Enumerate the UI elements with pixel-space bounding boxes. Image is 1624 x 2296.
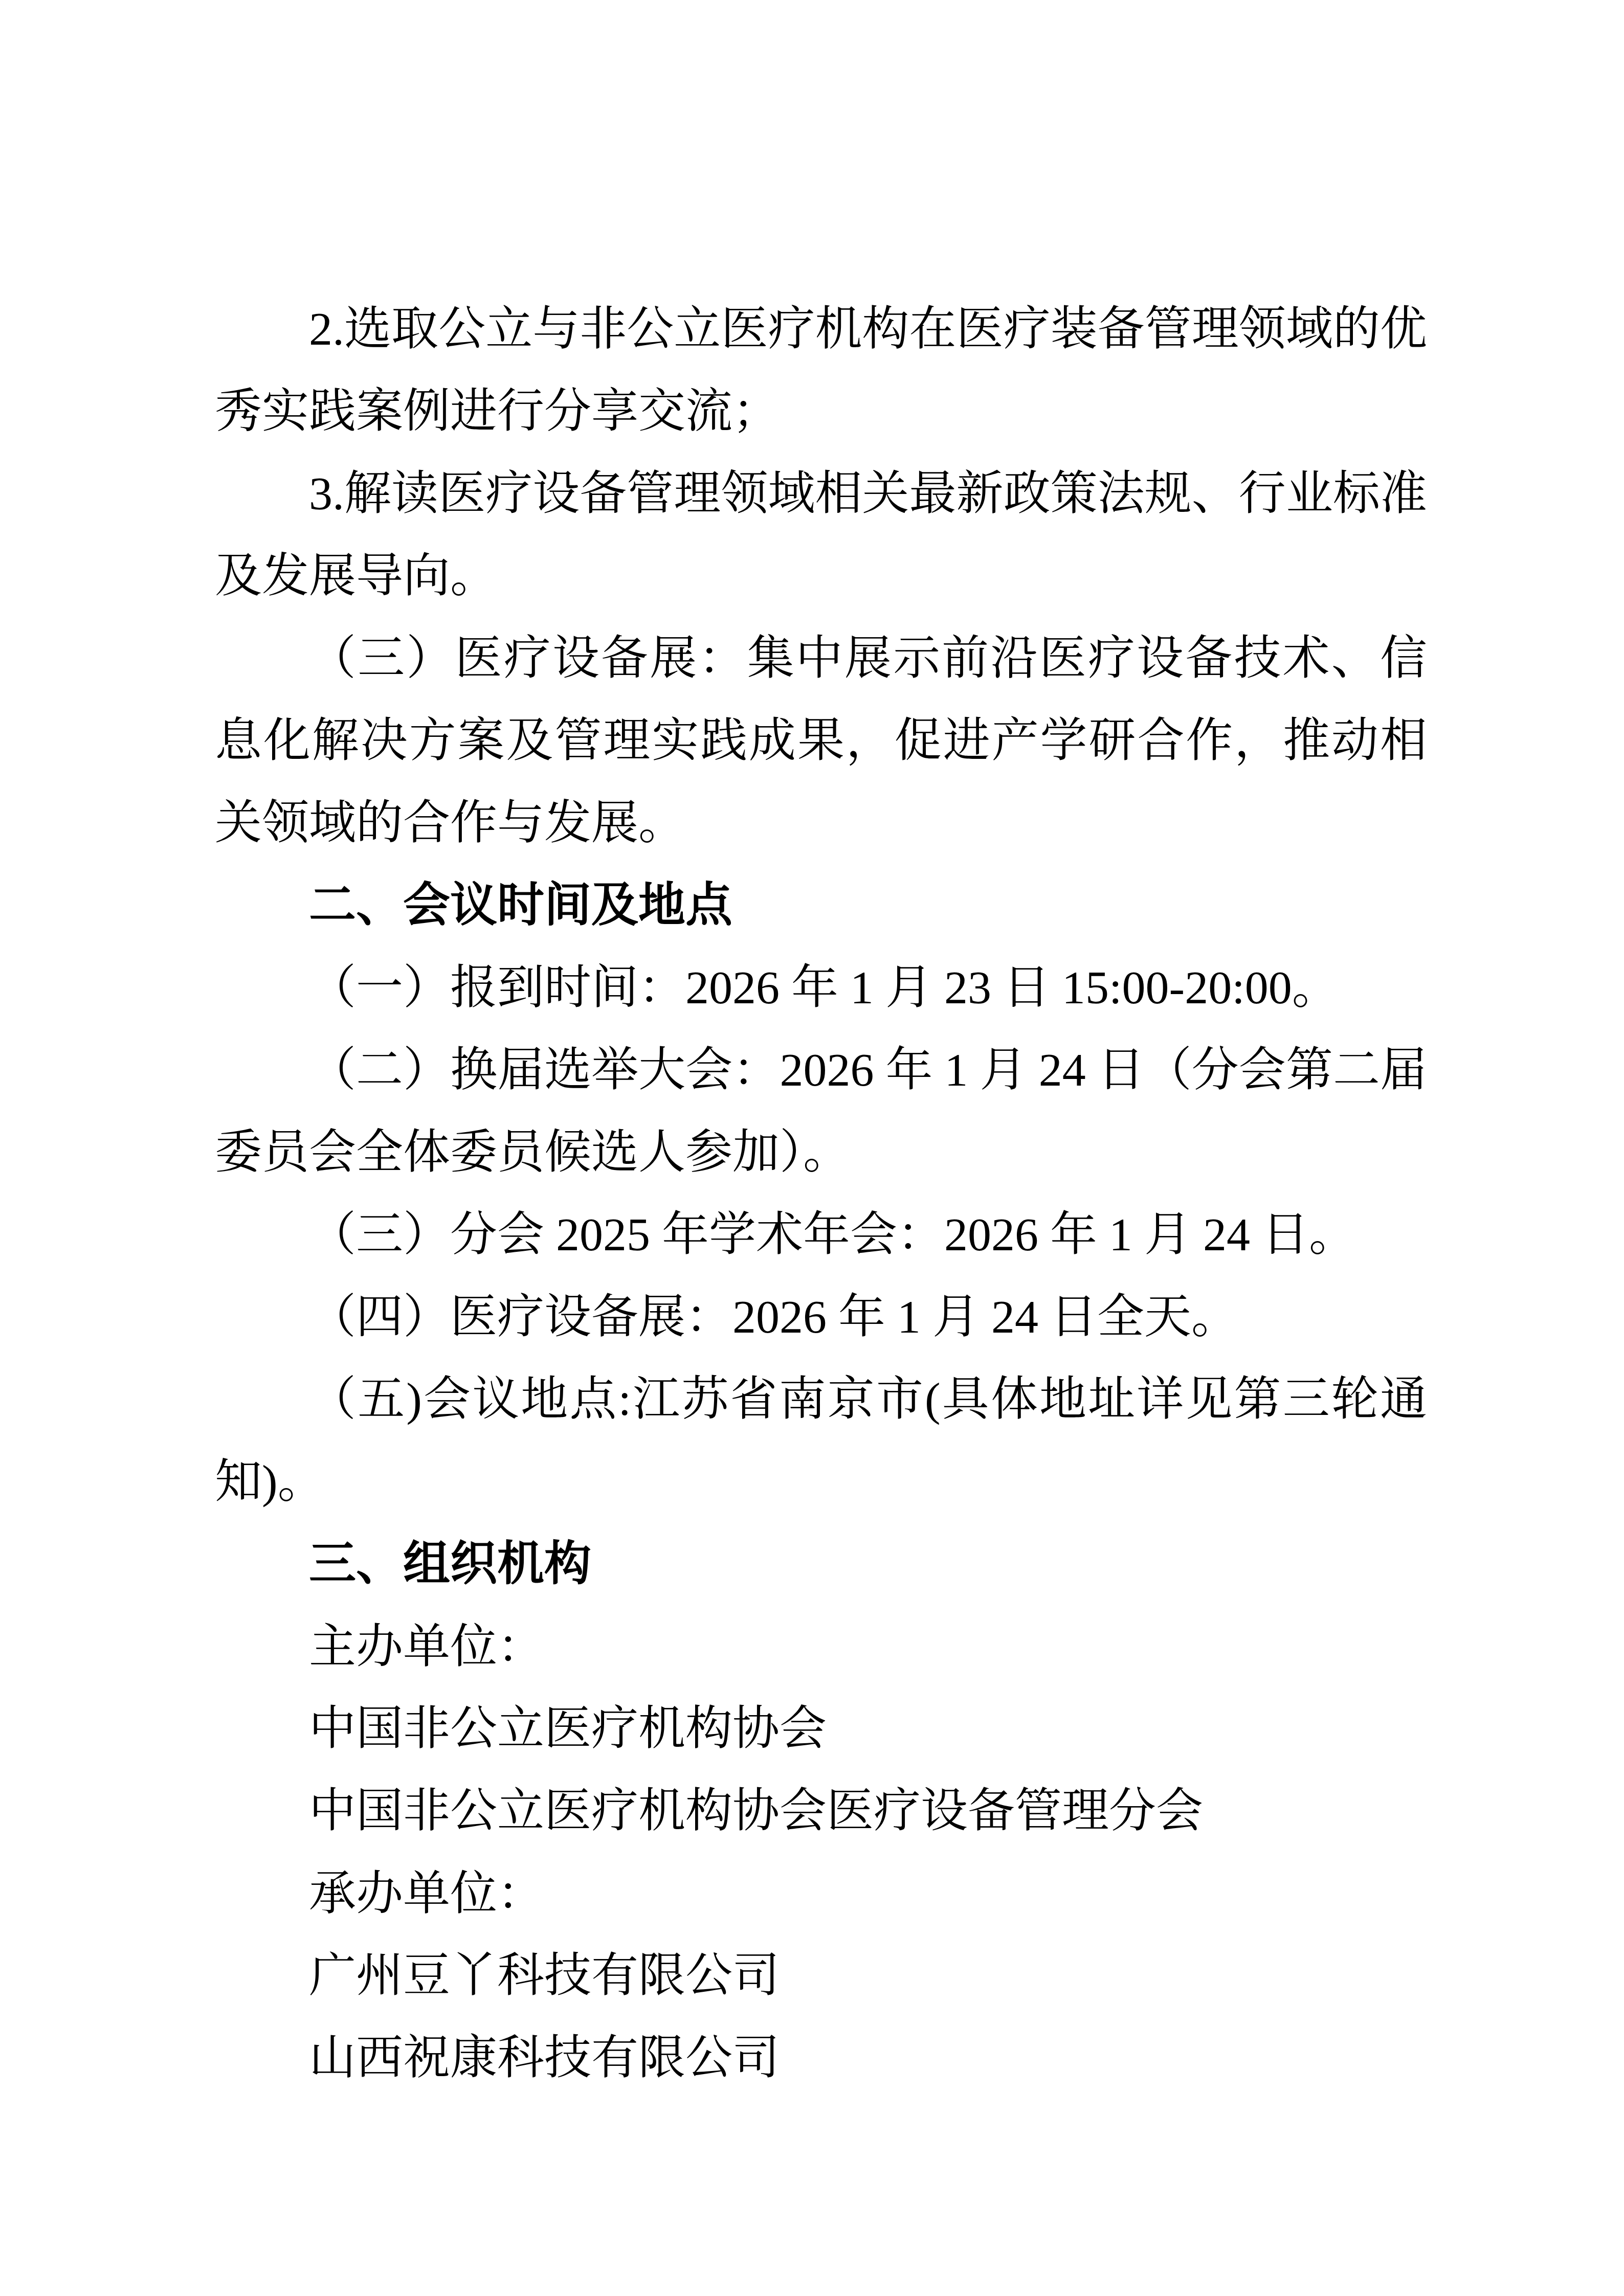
body-paragraph: 中国非公立医疗机构协会医疗设备管理分会: [215, 1770, 1427, 1852]
section-heading: 二、会议时间及地点: [215, 864, 1427, 947]
body-paragraph: 3.解读医疗设备管理领域相关最新政策法规、行业标准及发展导向。: [215, 453, 1427, 617]
document-content: 2.选取公立与非公立医疗机构在医疗装备管理领域的优秀实践案例进行分享交流；3.解…: [215, 288, 1427, 2099]
document-page: 2.选取公立与非公立医疗机构在医疗装备管理领域的优秀实践案例进行分享交流；3.解…: [0, 0, 1624, 2296]
body-paragraph: 山西祝康科技有限公司: [215, 2017, 1427, 2099]
body-paragraph: （二）换届选举大会：2026 年 1 月 24 日（分会第二届委员会全体委员候选…: [215, 1029, 1427, 1194]
body-paragraph: （五)会议地点:江苏省南京市(具体地址详见第三轮通知)。: [215, 1358, 1427, 1523]
body-paragraph: （三）医疗设备展：集中展示前沿医疗设备技术、信息化解决方案及管理实践成果，促进产…: [215, 617, 1427, 864]
organizer-label: 承办单位：: [215, 1852, 1427, 1934]
body-paragraph: （一）报到时间：2026 年 1 月 23 日 15:00-20:00。: [215, 947, 1427, 1029]
body-paragraph: （三）分会 2025 年学术年会：2026 年 1 月 24 日。: [215, 1194, 1427, 1276]
section-heading: 三、组织机构: [215, 1523, 1427, 1605]
body-paragraph: 中国非公立医疗机构协会: [215, 1687, 1427, 1770]
body-paragraph: 广州豆丫科技有限公司: [215, 1934, 1427, 2017]
organizer-label: 主办单位：: [215, 1605, 1427, 1687]
body-paragraph: （四）医疗设备展：2026 年 1 月 24 日全天。: [215, 1276, 1427, 1358]
body-paragraph: 2.选取公立与非公立医疗机构在医疗装备管理领域的优秀实践案例进行分享交流；: [215, 288, 1427, 453]
